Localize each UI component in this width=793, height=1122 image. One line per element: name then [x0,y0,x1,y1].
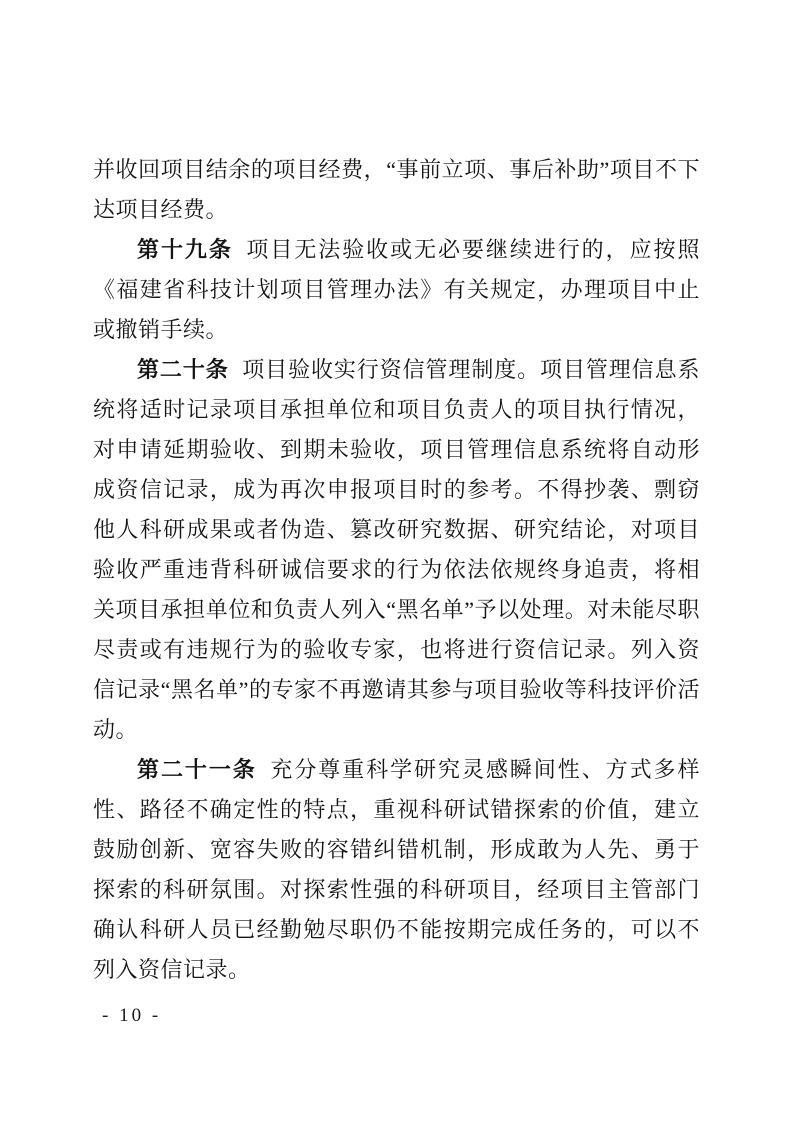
paragraph-article-20: 第二十条项目验收实行资信管理制度。项目管理信息系统将适时记录项目承担单位和项目负… [93,350,700,750]
page-number: - 10 - [102,1002,161,1030]
paragraph-text: 并收回项目结余的项目经费，“事前立项、事后补助”项目不下达项目经费。 [93,157,700,222]
paragraph-text: 项目验收实行资信管理制度。项目管理信息系统将适时记录项目承担单位和项目负责人的项… [93,357,700,742]
article-heading: 第二十一条 [137,757,257,782]
paragraph-article-21: 第二十一条充分尊重科学研究灵感瞬间性、方式多样性、路径不确定性的特点，重视科研试… [93,750,700,990]
paragraph-text: 充分尊重科学研究灵感瞬间性、方式多样性、路径不确定性的特点，重视科研试错探索的价… [93,757,700,982]
article-heading: 第十九条 [137,237,233,262]
document-body: 并收回项目结余的项目经费，“事前立项、事后补助”项目不下达项目经费。 第十九条项… [93,150,700,990]
paragraph-continuation: 并收回项目结余的项目经费，“事前立项、事后补助”项目不下达项目经费。 [93,150,700,230]
paragraph-article-19: 第十九条项目无法验收或无必要继续进行的，应按照《福建省科技计划项目管理办法》有关… [93,230,700,350]
document-page: 并收回项目结余的项目经费，“事前立项、事后补助”项目不下达项目经费。 第十九条项… [0,0,793,1122]
article-heading: 第二十条 [137,357,229,382]
